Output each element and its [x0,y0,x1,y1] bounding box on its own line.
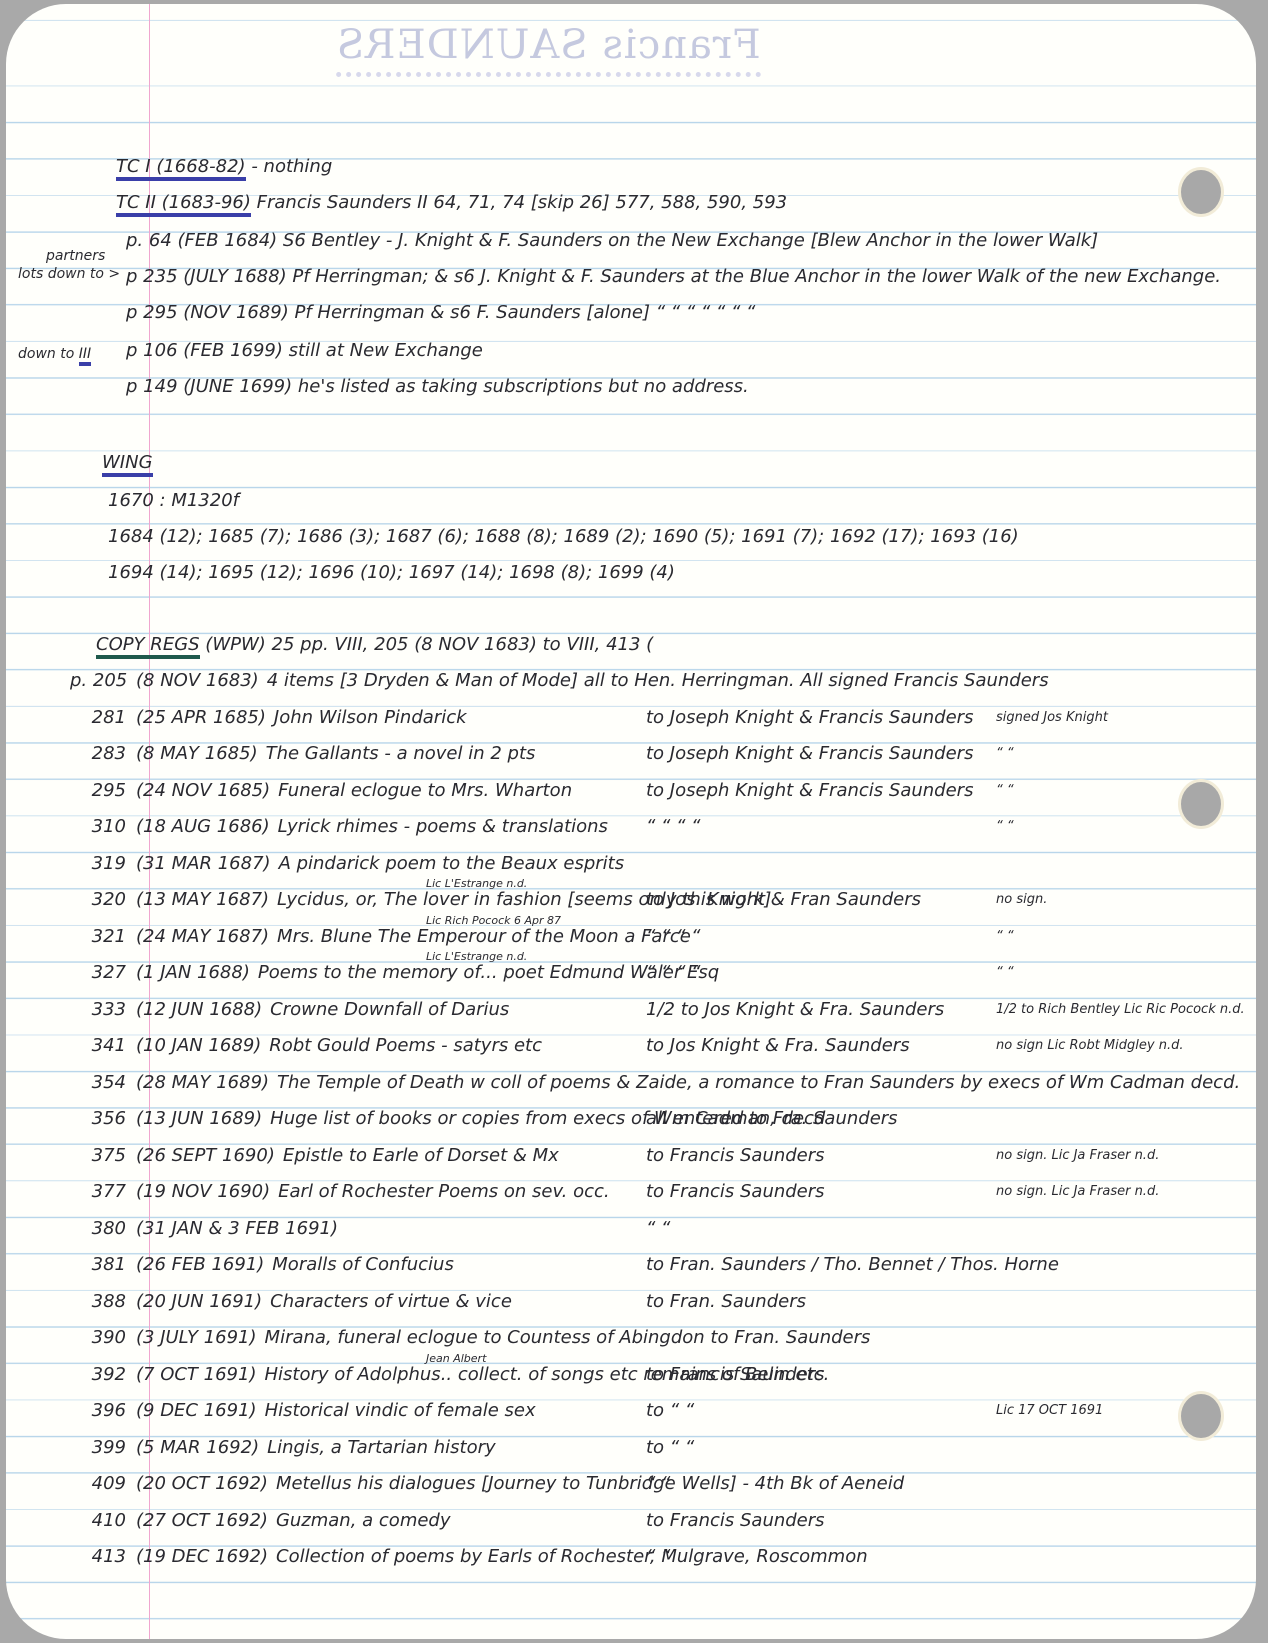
register-assignee: to Jos Knight & Fra. Saunders [646,1035,910,1056]
register-date: (31 JAN & 3 FEB 1691) [136,1218,338,1239]
register-page: 333 [70,999,126,1020]
register-page: 392 [70,1364,126,1385]
register-date: (5 MAR 1692) [136,1437,259,1458]
page-title: Francis SAUNDERS [336,22,761,77]
register-date: (24 MAY 1687) [136,926,269,947]
wing-line-1: 1670 : M1320f [108,490,239,511]
register-title: Metellus his dialogues [Journey to Tunbr… [276,1473,904,1494]
register-row: 410(27 OCT 1692)Guzman, a comedy [70,1510,451,1531]
tc-entry-text: Pf Herringman & s6 F. Saunders [alone] “… [295,302,756,323]
register-page: 377 [70,1181,126,1202]
register-page: 327 [70,962,126,983]
register-row: 409(20 OCT 1692)Metellus his dialogues [… [70,1473,904,1494]
register-row: 310(18 AUG 1686)Lyrick rhimes - poems & … [70,816,608,837]
register-date: (20 OCT 1692) [136,1473,268,1494]
register-row: 327(1 JAN 1688)Poems to the memory of...… [70,962,719,983]
register-title: 4 items [3 Dryden & Man of Mode] all to … [267,670,1049,691]
register-note: 1/2 to Rich Bentley Lic Ric Pocock n.d. [996,1002,1245,1017]
register-assignee: to Fran. Saunders / Tho. Bennet / Thos. … [646,1254,1059,1275]
register-page: 390 [70,1327,126,1348]
register-date: (1 JAN 1688) [136,962,250,983]
register-annotation: Lic L'Estrange n.d. [426,950,527,963]
register-note: no sign. Lic Ja Fraser n.d. [996,1148,1159,1163]
wing-line-3: 1694 (14); 1695 (12); 1696 (10); 1697 (1… [108,562,675,583]
tc2-note: Francis Saunders II 64, 71, 74 [skip 26]… [257,192,788,213]
register-date: (18 AUG 1686) [136,816,270,837]
register-row: 375(26 SEPT 1690)Epistle to Earle of Dor… [70,1145,559,1166]
tc-entry-prefix: p [126,376,137,397]
register-assignee: to Francis Saunders [646,1181,825,1202]
register-date: (19 DEC 1692) [136,1546,268,1567]
register-page: 413 [70,1546,126,1567]
tc2-label: TC II (1683-96) [116,192,251,217]
register-title: Earl of Rochester Poems on sev. occ. [278,1181,609,1202]
register-assignee: to “ “ [646,1437,694,1458]
register-date: (8 NOV 1683) [136,670,259,691]
register-date: (24 NOV 1685) [136,780,270,801]
punch-hole [1181,1394,1221,1438]
register-page: 375 [70,1145,126,1166]
register-title: The Gallants - a novel in 2 pts [266,743,536,764]
wing-line-2: 1684 (12); 1685 (7); 1686 (3); 1687 (6);… [108,526,1019,547]
register-page: 356 [70,1108,126,1129]
register-title: Epistle to Earle of Dorset & Mx [283,1145,559,1166]
register-date: (26 SEPT 1690) [136,1145,275,1166]
register-assignee: “ “ [646,1546,670,1567]
register-page: 381 [70,1254,126,1275]
register-title: Crowne Downfall of Darius [270,999,509,1020]
register-page: 295 [70,780,126,801]
register-note: no sign. Lic Ja Fraser n.d. [996,1184,1159,1199]
register-assignee: to Fran. Saunders [646,1291,806,1312]
register-assignee: “ “ “ “ [646,962,700,983]
register-row: 283(8 MAY 1685)The Gallants - a novel in… [70,743,535,764]
register-page: 341 [70,1035,126,1056]
tc-entry-prefix: p [126,302,137,323]
register-annotation: Lic Rich Pocock 6 Apr 87 [426,914,561,927]
register-page: 399 [70,1437,126,1458]
register-date: (10 JAN 1689) [136,1035,261,1056]
tc-entry-ref: 235 (JULY 1688) [143,266,286,287]
register-page: p. 205 [70,670,126,691]
tc-entry: p 295 (NOV 1689) Pf Herringman & s6 F. S… [126,302,755,323]
register-page: 409 [70,1473,126,1494]
copyregs-heading: (WPW) 25 pp. VIII, 205 (8 NOV 1683) to V… [205,634,653,655]
register-date: (13 MAY 1687) [136,889,269,910]
tc-entry-text: S6 Bentley - J. Knight & F. Saunders on … [283,230,1098,251]
tc-entry-text: still at New Exchange [289,340,483,361]
register-assignee: to Joseph Knight & Francis Saunders [646,743,973,764]
register-date: (28 MAY 1689) [136,1072,269,1093]
register-assignee: “ “ “ “ [646,816,700,837]
register-row: 380(31 JAN & 3 FEB 1691) [70,1218,346,1239]
tc-entry: p 235 (JULY 1688) Pf Herringman; & s6 J.… [126,266,1221,287]
tc-entry-ref: 106 (FEB 1699) [143,340,283,361]
register-title: Mirana, funeral eclogue to Countess of A… [265,1327,871,1348]
register-date: (12 JUN 1688) [136,999,262,1020]
register-title: Characters of virtue & vice [270,1291,512,1312]
register-assignee: to Francis Saunders [646,1510,825,1531]
register-row: 388(20 JUN 1691)Characters of virtue & v… [70,1291,512,1312]
register-note: “ “ [996,965,1014,980]
register-date: (7 OCT 1691) [136,1364,256,1385]
register-page: 310 [70,816,126,837]
register-date: (26 FEB 1691) [136,1254,264,1275]
register-title: Historical vindic of female sex [265,1400,536,1421]
register-assignee: to Francis Saunders [646,1364,825,1385]
register-page: 380 [70,1218,126,1239]
register-title: Funeral eclogue to Mrs. Wharton [278,780,572,801]
tc1-label: TC I (1668-82) [116,156,246,181]
register-row: 377(19 NOV 1690)Earl of Rochester Poems … [70,1181,610,1202]
register-note: “ “ [996,929,1014,944]
register-page: 281 [70,707,126,728]
register-title: Collection of poems by Earls of Rocheste… [276,1546,868,1567]
register-note: signed Jos Knight [996,710,1108,725]
register-title: The Temple of Death w coll of poems & Za… [277,1072,1240,1093]
register-assignee: 1/2 to Jos Knight & Fra. Saunders [646,999,944,1020]
register-row: 413(19 DEC 1692)Collection of poems by E… [70,1546,868,1567]
register-title: Guzman, a comedy [276,1510,451,1531]
register-assignee: “ “ “ “ [646,926,700,947]
register-assignee: all entered to Fra. Saunders [646,1108,898,1129]
tc-entry-ref: 149 (JUNE 1699) [143,376,292,397]
notebook-page: Francis SAUNDERS TC I (1668-82) - nothin… [6,4,1256,1639]
side-note-lots: lots down to > [18,266,120,282]
tc-entry-prefix: p [126,266,137,287]
register-row: 295(24 NOV 1685)Funeral eclogue to Mrs. … [70,780,572,801]
register-note: “ “ [996,746,1014,761]
register-date: (8 MAY 1685) [136,743,258,764]
tc-entry-prefix: p. [126,230,143,251]
register-title: Moralls of Confucius [272,1254,454,1275]
register-date: (20 JUN 1691) [136,1291,262,1312]
register-title: Robt Gould Poems - satyrs etc [269,1035,542,1056]
register-title: Lingis, a Tartarian history [267,1437,496,1458]
register-row: 381(26 FEB 1691)Moralls of Confucius [70,1254,454,1275]
register-assignee: “ “ [646,1473,670,1494]
register-date: (9 DEC 1691) [136,1400,257,1421]
tc-entry: p 106 (FEB 1699) still at New Exchange [126,340,483,361]
register-page: 410 [70,1510,126,1531]
register-note: “ “ [996,783,1014,798]
register-row: 281(25 APR 1685)John Wilson Pindarick [70,707,467,728]
register-row: 399(5 MAR 1692)Lingis, a Tartarian histo… [70,1437,496,1458]
register-annotation: Jean Albert [426,1352,486,1365]
register-page: 319 [70,853,126,874]
punch-hole [1181,782,1221,826]
register-row: 319(31 MAR 1687)A pindarick poem to the … [70,853,624,874]
wing-label: WING [102,452,153,477]
register-page: 320 [70,889,126,910]
tc-entry-text: he's listed as taking subscriptions but … [298,376,749,397]
register-note: no sign. [996,892,1047,907]
register-page: 388 [70,1291,126,1312]
register-assignee: to Jos. Knight & Fran Saunders [646,889,921,910]
copyregs-label: COPY REGS [96,634,200,659]
register-note: no sign Lic Robt Midgley n.d. [996,1038,1183,1053]
tc1-note: - nothing [251,156,332,177]
register-row: 390(3 JULY 1691)Mirana, funeral eclogue … [70,1327,870,1348]
register-row: 341(10 JAN 1689)Robt Gould Poems - satyr… [70,1035,542,1056]
register-date: (13 JUN 1689) [136,1108,262,1129]
register-row: 354(28 MAY 1689)The Temple of Death w co… [70,1072,1240,1093]
register-page: 354 [70,1072,126,1093]
register-note: “ “ [996,819,1014,834]
register-annotation: Lic L'Estrange n.d. [426,877,527,890]
tc-entry-ref: 64 (FEB 1684) [149,230,277,251]
register-assignee: to Francis Saunders [646,1145,825,1166]
side-note-down: down to III [18,346,91,362]
register-date: (25 APR 1685) [136,707,266,728]
register-title: Lyrick rhimes - poems & translations [278,816,608,837]
register-date: (31 MAR 1687) [136,853,271,874]
register-row: 333(12 JUN 1688)Crowne Downfall of Dariu… [70,999,509,1020]
register-assignee: to “ “ [646,1400,694,1421]
register-row: 396(9 DEC 1691)Historical vindic of fema… [70,1400,536,1421]
register-title: A pindarick poem to the Beaux esprits [279,853,625,874]
register-page: 321 [70,926,126,947]
register-title: Mrs. Blune The Emperour of the Moon a Fa… [277,926,691,947]
side-note-partners: partners [46,248,105,264]
register-assignee: to Joseph Knight & Francis Saunders [646,780,973,801]
tc-entry: p 149 (JUNE 1699) he's listed as taking … [126,376,749,397]
register-date: (19 NOV 1690) [136,1181,270,1202]
punch-hole [1181,170,1221,214]
register-note: Lic 17 OCT 1691 [996,1403,1103,1418]
register-title: John Wilson Pindarick [274,707,467,728]
tc-entry-prefix: p [126,340,137,361]
register-date: (3 JULY 1691) [136,1327,257,1348]
register-assignee: “ “ [646,1218,670,1239]
register-assignee: to Joseph Knight & Francis Saunders [646,707,973,728]
register-row: p. 205(8 NOV 1683)4 items [3 Dryden & Ma… [70,670,1049,691]
register-date: (27 OCT 1692) [136,1510,268,1531]
register-page: 283 [70,743,126,764]
tc-entry: p. 64 (FEB 1684) S6 Bentley - J. Knight … [126,230,1098,251]
tc-entry-text: Pf Herringman; & s6 J. Knight & F. Saund… [292,266,1221,287]
register-page: 396 [70,1400,126,1421]
register-row: 321(24 MAY 1687)Mrs. Blune The Emperour … [70,926,691,947]
tc-entry-ref: 295 (NOV 1689) [143,302,289,323]
